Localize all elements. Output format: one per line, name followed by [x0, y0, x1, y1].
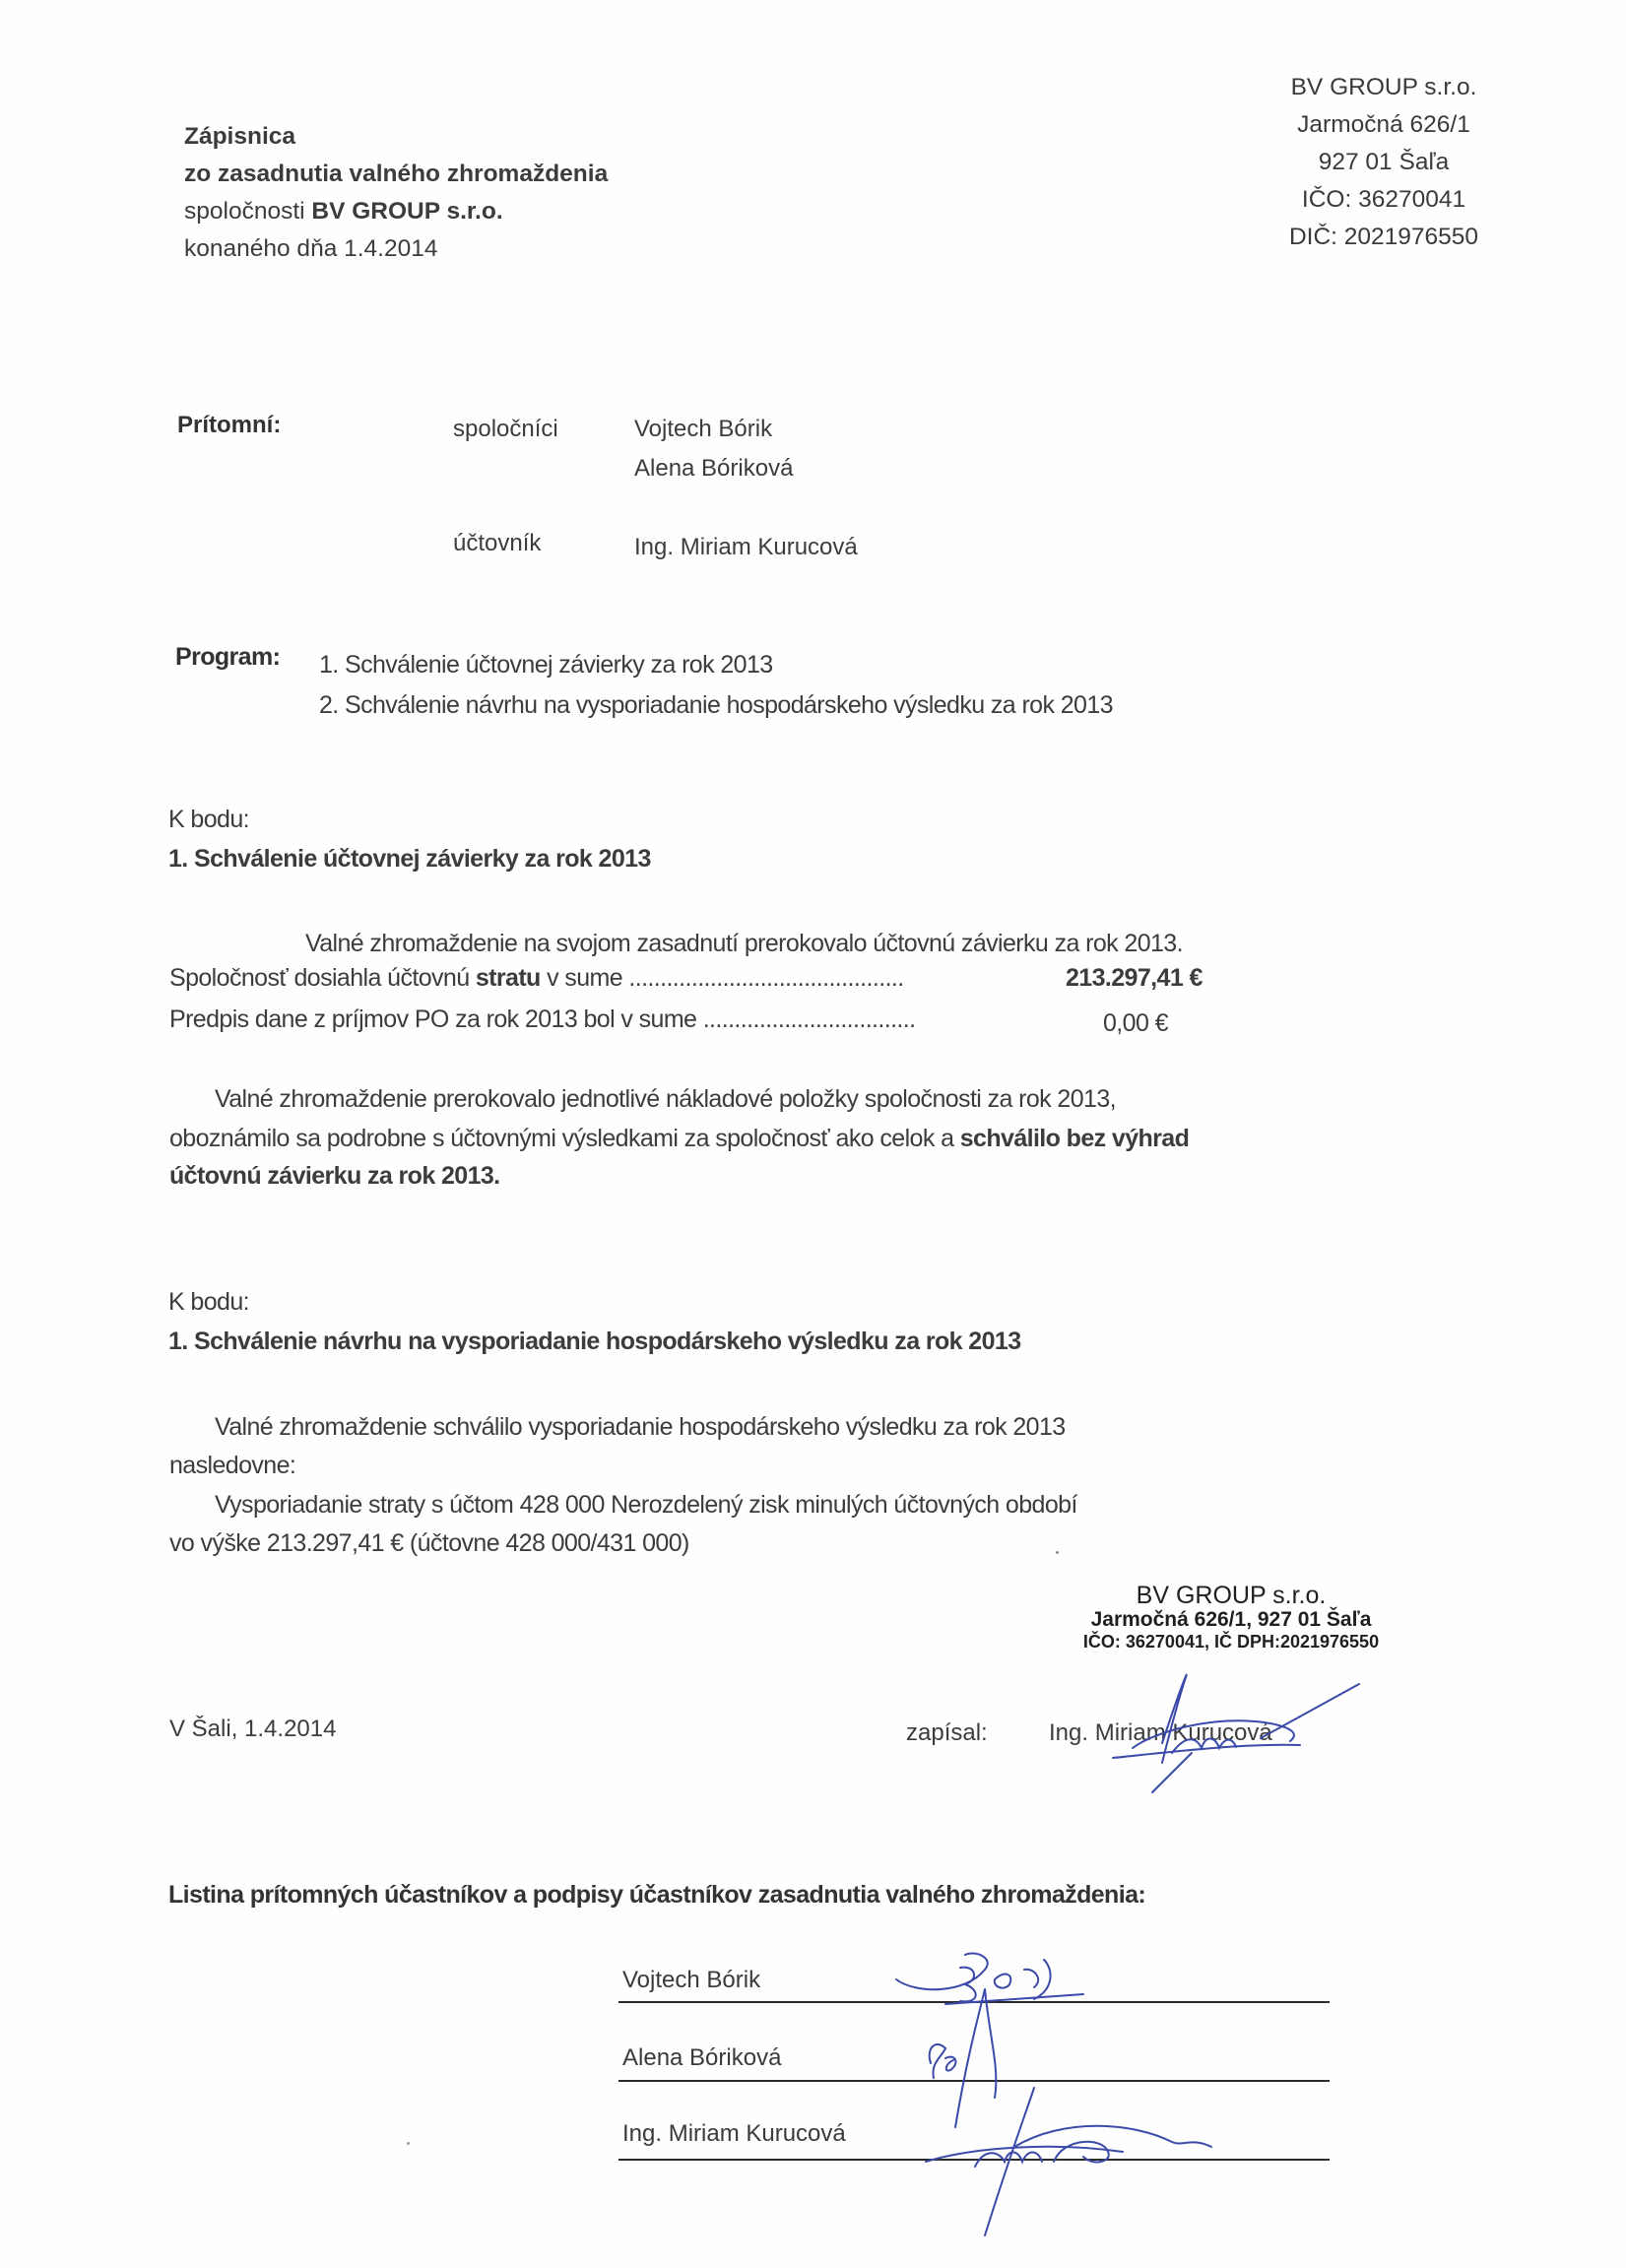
- present-role-accountant: účtovník: [453, 532, 541, 555]
- company-name-inline: BV GROUP s.r.o.: [311, 198, 502, 225]
- point1-para2-line3: účtovnú závierku za rok 2013.: [169, 1164, 500, 1189]
- point1-para2-line1: Valné zhromaždenie prerokovalo jednotliv…: [215, 1087, 1116, 1112]
- point2-para2-line1: Vysporiadanie straty s účtom 428 000 Ner…: [215, 1493, 1077, 1518]
- present-name-1: Vojtech Bórik: [634, 418, 772, 441]
- program-item-2: 2. Schválenie návrhu na vysporiadanie ho…: [319, 693, 1113, 718]
- company-ico: IČO: 36270041: [1251, 181, 1517, 219]
- company-dic: DIČ: 2021976550: [1251, 219, 1517, 256]
- title-line-3-text: spoločnosti: [184, 198, 305, 225]
- present-name-3: Ing. Miriam Kurucová: [634, 536, 858, 559]
- place-date: V Šali, 1.4.2014: [169, 1717, 336, 1741]
- stamp-address: Jarmočná 626/1, 927 01 Šaľa: [1044, 1609, 1418, 1631]
- document-title-block: Zápisnica zo zasadnutia valného zhromažd…: [184, 118, 608, 268]
- point1-k-bodu: K bodu:: [168, 808, 249, 832]
- company-stamp: BV GROUP s.r.o. Jarmočná 626/1, 927 01 Š…: [1044, 1582, 1418, 1652]
- present-role-partners: spoločníci: [453, 418, 558, 441]
- scan-speck: [1056, 1551, 1059, 1554]
- title-line-3: spoločnosti BV GROUP s.r.o.: [184, 193, 608, 230]
- recorder-signature: [1093, 1654, 1369, 1812]
- recorded-label: zapísal:: [906, 1721, 988, 1745]
- point1-heading: 1. Schválenie účtovnej závierky za rok 2…: [168, 847, 651, 872]
- title-line-4: konaného dňa 1.4.2014: [184, 230, 608, 268]
- loss-amount: 213.297,41 €: [1066, 966, 1203, 991]
- point1-loss-line: Spoločnosť dosiahla účtovnú stratu v sum…: [169, 966, 904, 991]
- stamp-company-name: BV GROUP s.r.o.: [1044, 1582, 1418, 1609]
- program-label: Program:: [175, 645, 280, 670]
- present-name-2: Alena Bóriková: [634, 457, 793, 481]
- stamp-ids: IČO: 36270041, IČ DPH:2021976550: [1044, 1631, 1418, 1652]
- point2-k-bodu: K bodu:: [168, 1290, 249, 1315]
- participant-1: Vojtech Bórik: [622, 1967, 760, 1994]
- para2-line2-bold: schválilo bez výhrad: [960, 1125, 1190, 1152]
- point2-para2-line2: vo výške 213.297,41 € (účtovne 428 000/4…: [169, 1531, 689, 1556]
- company-name: BV GROUP s.r.o.: [1251, 69, 1517, 106]
- document-page: Zápisnica zo zasadnutia valného zhromažd…: [0, 0, 1626, 2268]
- tax-line: Predpis dane z príjmov PO za rok 2013 bo…: [169, 1007, 915, 1032]
- present-label: Prítomní:: [177, 414, 281, 437]
- loss-bold: stratu: [476, 964, 541, 992]
- point2-para1-line1: Valné zhromaždenie schválilo vysporiadan…: [215, 1415, 1066, 1440]
- company-street: Jarmočná 626/1: [1251, 106, 1517, 144]
- title-line-1: Zápisnica: [184, 118, 608, 156]
- loss-suffix: v sume .................................…: [541, 964, 904, 992]
- tax-amount: 0,00 €: [1103, 1011, 1168, 1036]
- point2-heading: 1. Schválenie návrhu na vysporiadanie ho…: [168, 1329, 1021, 1354]
- participant-3: Ing. Miriam Kurucová: [622, 2120, 846, 2148]
- loss-prefix: Spoločnosť dosiahla účtovnú: [169, 964, 476, 992]
- company-header: BV GROUP s.r.o. Jarmočná 626/1 927 01 Ša…: [1251, 69, 1517, 256]
- para2-line2-normal: oboznámilo sa podrobne s účtovnými výsle…: [169, 1125, 960, 1152]
- program-item-1: 1. Schválenie účtovnej závierky za rok 2…: [319, 653, 773, 678]
- participant-2: Alena Bóriková: [622, 2044, 781, 2072]
- company-city: 927 01 Šaľa: [1251, 144, 1517, 181]
- title-line-2: zo zasadnutia valného zhromaždenia: [184, 156, 608, 193]
- participant-signatures: [886, 1950, 1330, 2245]
- attendance-heading: Listina prítomných účastníkov a podpisy …: [168, 1883, 1145, 1908]
- point2-para1-line2: nasledovne:: [169, 1454, 295, 1478]
- point1-para1: Valné zhromaždenie na svojom zasadnutí p…: [305, 932, 1183, 956]
- point1-para2-line2: oboznámilo sa podrobne s účtovnými výsle…: [169, 1127, 1189, 1151]
- scan-speck: [407, 2142, 410, 2145]
